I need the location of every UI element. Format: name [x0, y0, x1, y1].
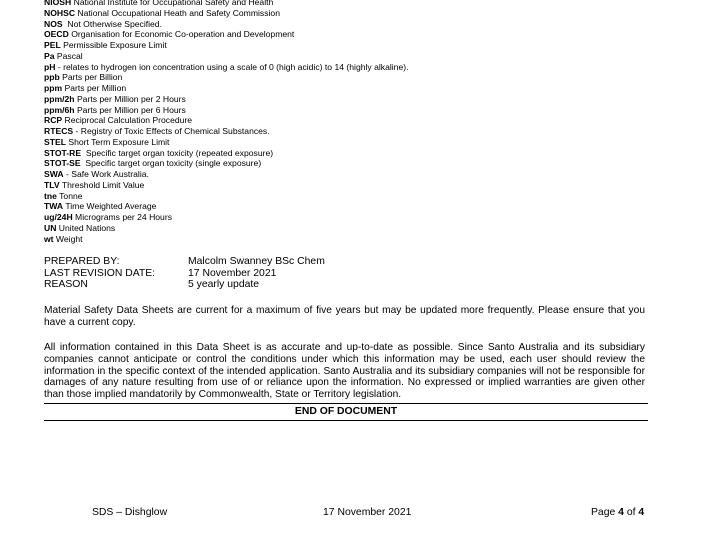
abbreviation-definition: Pascal — [55, 51, 83, 61]
abbreviation-definition: Parts per Billion — [60, 72, 123, 82]
abbreviation-term: STOT-SE — [44, 158, 81, 168]
abbreviation-definition: Specific target organ toxicity (single e… — [81, 158, 262, 168]
abbreviation-term: TLV — [44, 180, 60, 190]
bottom-divider — [44, 420, 648, 421]
revision-date-value: 17 November 2021 — [188, 268, 276, 280]
abbreviation-term: STOT-RE — [44, 148, 81, 158]
prepared-by-row: PREPARED BY: Malcolm Swanney BSc Chem — [44, 256, 325, 268]
page-prefix: Page — [591, 507, 618, 518]
abbreviation-definition: National Occupational Heath and Safety C… — [75, 8, 280, 18]
abbreviation-definition: Reciprocal Calculation Procedure — [62, 115, 192, 125]
abbreviation-term: PEL — [44, 40, 61, 50]
abbreviation-definition: - Registry of Toxic Effects of Chemical … — [73, 126, 269, 136]
abbreviation-term: ppb — [44, 72, 60, 82]
abbreviation-term: ppm — [44, 83, 62, 93]
abbreviation-definition: - relates to hydrogen ion concentration … — [55, 62, 408, 72]
abbreviation-term: UN — [44, 223, 56, 233]
abbreviation-definition: National Institute for Occupational Safe… — [71, 0, 273, 7]
reason-label: REASON — [44, 279, 188, 291]
abbreviation-definition: - Safe Work Australia. — [64, 169, 149, 179]
abbreviation-term: Pa — [44, 51, 55, 61]
abbreviation-definition: Short Term Exposure Limit — [66, 137, 169, 147]
abbreviation-definition: Permissible Exposure Limit — [61, 40, 167, 50]
end-of-document-label: END OF DOCUMENT — [44, 406, 648, 417]
abbreviation-item: SWA - Safe Work Australia. — [44, 169, 409, 180]
abbreviation-term: OECD — [44, 29, 69, 39]
document-meta: PREPARED BY: Malcolm Swanney BSc Chem LA… — [44, 256, 325, 291]
abbreviation-definition: Specific target organ toxicity (repeated… — [81, 148, 273, 158]
abbreviation-term: STEL — [44, 137, 66, 147]
abbreviation-definition: Threshold Limit Value — [60, 180, 145, 190]
abbreviation-definition: Time Weighted Average — [63, 201, 156, 211]
abbreviation-term: tne — [44, 191, 57, 201]
reason-row: REASON 5 yearly update — [44, 279, 325, 291]
abbreviation-item: TLV Threshold Limit Value — [44, 180, 409, 191]
abbreviation-item: UN United Nations — [44, 223, 409, 234]
abbreviation-term: pH — [44, 62, 55, 72]
abbreviations-list: NIOSH National Institute for Occupationa… — [44, 0, 409, 244]
abbreviation-definition: Organisation for Economic Co-operation a… — [69, 29, 294, 39]
abbreviation-term: wt — [44, 234, 54, 244]
abbreviation-definition: United Nations — [56, 223, 115, 233]
abbreviation-definition: Micrograms per 24 Hours — [73, 212, 172, 222]
disclaimer-paragraph: All information contained in this Data S… — [44, 342, 645, 401]
abbreviation-item: ppb Parts per Billion — [44, 72, 409, 83]
abbreviation-definition: Tonne — [57, 191, 83, 201]
abbreviation-item: NIOSH National Institute for Occupationa… — [44, 0, 409, 8]
page-total: 4 — [638, 507, 644, 518]
abbreviation-item: ppm Parts per Million — [44, 83, 409, 94]
revision-date-label: LAST REVISION DATE: — [44, 268, 188, 280]
abbreviation-definition: Parts per Million per 2 Hours — [75, 94, 186, 104]
abbreviation-item: STEL Short Term Exposure Limit — [44, 137, 409, 148]
abbreviation-term: SWA — [44, 169, 64, 179]
currency-paragraph: Material Safety Data Sheets are current … — [44, 305, 645, 329]
abbreviation-item: NOHSC National Occupational Heath and Sa… — [44, 8, 409, 19]
abbreviation-item: STOT-RE Specific target organ toxicity (… — [44, 148, 409, 159]
abbreviation-term: NOS — [44, 19, 63, 29]
abbreviation-item: OECD Organisation for Economic Co-operat… — [44, 29, 409, 40]
abbreviation-term: RCP — [44, 115, 62, 125]
abbreviation-item: ug/24H Micrograms per 24 Hours — [44, 212, 409, 223]
abbreviation-term: NIOSH — [44, 0, 71, 7]
abbreviation-term: RTECS — [44, 126, 73, 136]
abbreviation-item: ppm/2h Parts per Million per 2 Hours — [44, 94, 409, 105]
abbreviation-item: NOS Not Otherwise Specified. — [44, 19, 409, 30]
top-divider — [44, 403, 648, 404]
abbreviation-definition: Parts per Million — [62, 83, 126, 93]
abbreviation-item: tne Tonne — [44, 191, 409, 202]
abbreviation-item: STOT-SE Specific target organ toxicity (… — [44, 158, 409, 169]
footer-page-number: Page 4 of 4 — [591, 507, 644, 518]
abbreviation-definition: Parts per Million per 6 Hours — [75, 105, 186, 115]
abbreviation-item: Pa Pascal — [44, 51, 409, 62]
prepared-by-label: PREPARED BY: — [44, 256, 188, 268]
footer-document-name: SDS – Dishglow — [92, 507, 167, 518]
footer-date: 17 November 2021 — [323, 507, 411, 518]
abbreviation-definition: Weight — [54, 234, 83, 244]
prepared-by-value: Malcolm Swanney BSc Chem — [188, 256, 325, 268]
abbreviation-term: ug/24H — [44, 212, 73, 222]
abbreviation-item: wt Weight — [44, 234, 409, 245]
abbreviation-item: RTECS - Registry of Toxic Effects of Che… — [44, 126, 409, 137]
abbreviation-definition: Not Otherwise Specified. — [63, 19, 162, 29]
abbreviation-item: RCP Reciprocal Calculation Procedure — [44, 115, 409, 126]
abbreviation-term: TWA — [44, 201, 63, 211]
reason-value: 5 yearly update — [188, 279, 259, 291]
abbreviation-term: ppm/2h — [44, 94, 75, 104]
abbreviation-item: pH - relates to hydrogen ion concentrati… — [44, 62, 409, 73]
abbreviation-item: ppm/6h Parts per Million per 6 Hours — [44, 105, 409, 116]
abbreviation-item: PEL Permissible Exposure Limit — [44, 40, 409, 51]
revision-date-row: LAST REVISION DATE: 17 November 2021 — [44, 268, 325, 280]
page-mid: of — [624, 507, 638, 518]
abbreviation-item: TWA Time Weighted Average — [44, 201, 409, 212]
abbreviation-term: NOHSC — [44, 8, 75, 18]
abbreviation-term: ppm/6h — [44, 105, 75, 115]
